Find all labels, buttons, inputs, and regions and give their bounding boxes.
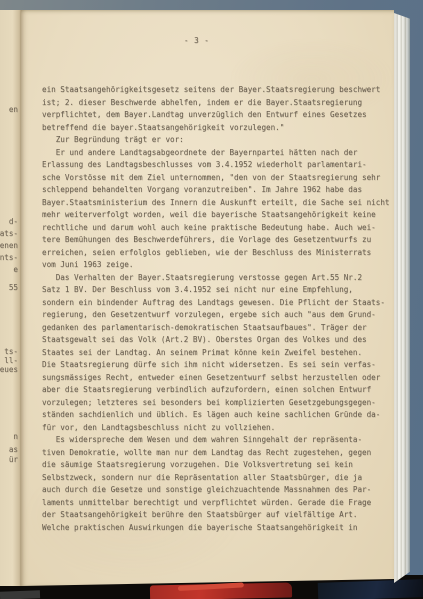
text-line: rechtliche und darum wohl auch keine pra…	[42, 222, 392, 235]
book-cover-edge	[318, 579, 423, 599]
prev-page-text-fragment: nts-	[0, 253, 18, 263]
text-line: gedanken des parlamentarisch-demokratisc…	[42, 322, 392, 335]
text-line: tiven Demokratie, wollte man nur dem Lan…	[42, 447, 392, 460]
text-line: regierung, den Gesetzentwurf vorzulegen,…	[42, 309, 392, 322]
text-line: Das Verhalten der Bayer.Staatsregierung …	[42, 272, 392, 285]
text-line: verpflichtet, dem Bayer.Landtag unverzüg…	[42, 109, 392, 122]
prev-page-text-fragment: ür	[9, 455, 18, 465]
prev-page-text-fragment: enen	[0, 241, 18, 251]
prev-page-text-fragment: ats-	[0, 229, 18, 239]
text-line: Satz 1 BV. Der Beschluss vom 3.4.1952 se…	[42, 284, 392, 297]
text-line: Die Staatsregierung dürfe sich ihm nicht…	[42, 359, 392, 372]
text-line: Welche praktischen Auswirkungen die baye…	[42, 522, 392, 535]
text-line: sungsmässiges Recht, entweder einen Gese…	[42, 372, 392, 385]
text-line: der Staatsangehörigkeit berühre den Staa…	[42, 509, 392, 522]
text-line: ist; 2. dieser Beschwerde abhelfen, inde…	[42, 97, 392, 110]
prev-page-text-fragment: e	[13, 265, 18, 275]
text-line: erreichen, seien erfolglos geblieben, wi…	[42, 247, 392, 260]
red-binding-object	[150, 583, 292, 599]
scanned-document-photo: end-ats-enennts-e55ts-ll-euesnasür - 3 -…	[0, 0, 423, 599]
prev-page-text-fragment: 55	[9, 283, 18, 293]
text-line: mehr weiterverfolgt worden, weil die bay…	[42, 209, 392, 222]
text-line: Staates sei der Landtag. An seinem Prima…	[42, 347, 392, 360]
text-line: Er und andere Landtagsabgeordnete der Ba…	[42, 147, 392, 160]
text-line: Es widerspreche dem Wesen und dem wahren…	[42, 434, 392, 447]
prev-page-text-fragment: as	[9, 445, 18, 455]
text-line: ständen sachdienlich und üblich. Es läge…	[42, 409, 392, 422]
text-line: ein Staatsangehörigkeitsgesetz seitens d…	[42, 84, 392, 97]
text-line: Erlassung des Landtagsbeschlusses vom 3.…	[42, 159, 392, 172]
page-stack-leaf-lines	[394, 13, 410, 583]
document-page: - 3 - ein Staatsangehörigkeitsgesetz sei…	[21, 10, 394, 586]
page-number: - 3 -	[184, 36, 209, 45]
text-line: für vor, den Landtagsbeschluss nicht zu …	[42, 422, 392, 435]
text-line: sche Vorstösse mit dem Ziel unternommen,…	[42, 172, 392, 185]
text-line: vom Juni 1963 zeige.	[42, 259, 392, 272]
text-line: Selbstzweck, sondern nur die Repräsentat…	[42, 472, 392, 485]
page-stack-edge	[394, 13, 410, 583]
text-line: schleppend behandelten Vorgang voranzutr…	[42, 184, 392, 197]
text-line: laments unmittelbar berechtigt und verpf…	[42, 497, 392, 510]
text-line: Bayer.Staatsministerium des Innern die A…	[42, 197, 392, 210]
text-line: die säumige Staatsregierung vorzugehen. …	[42, 459, 392, 472]
text-block: ein Staatsangehörigkeitsgesetz seitens d…	[42, 84, 392, 534]
text-line: tere Bemühungen des Beschwerdeführers, d…	[42, 234, 392, 247]
text-line: sondern ein bindender Auftrag des Landta…	[42, 297, 392, 310]
text-line: betreffend die bayer.Staatsangehörigkeit…	[42, 122, 392, 135]
text-line: aber die Staatsregierung verbindlich auf…	[42, 384, 392, 397]
text-line: vorzulegen; letzteres sei besonders bei …	[42, 397, 392, 410]
text-line: auch durch die Gesetze und sonstige glei…	[42, 484, 392, 497]
prev-page-text-fragment: d-	[9, 217, 18, 227]
text-line: Zur Begründung trägt er vor:	[42, 134, 392, 147]
text-line: Staatsgewalt sei das Volk (Art.2 BV). Ob…	[42, 334, 392, 347]
prev-page-text-fragment: n	[13, 432, 18, 442]
prev-page-edge: end-ats-enennts-e55ts-ll-euesnasür	[0, 10, 21, 586]
prev-page-text-fragment: eues	[0, 365, 18, 375]
prev-page-text-fragment: en	[9, 105, 18, 115]
table-edge-highlight	[0, 590, 40, 599]
